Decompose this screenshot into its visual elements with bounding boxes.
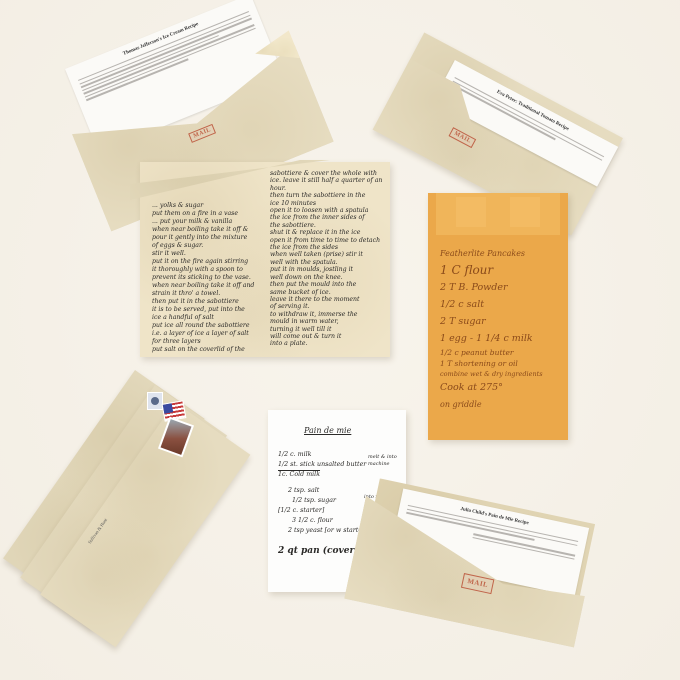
- kraft-envelope: Featherlite Pancakes 1 C flour 2 T B. Po…: [428, 193, 568, 440]
- card-title: Pain de mie: [304, 426, 351, 435]
- handwritten-letter: ... yolks & sugar put them on a fire in …: [140, 162, 390, 357]
- pancake-recipe: Featherlite Pancakes 1 C flour 2 T B. Po…: [440, 245, 565, 413]
- kraft-flap: [436, 193, 560, 235]
- envelope-bottom-right: Julia Child's Pain de Mie Recipe MAIL: [343, 467, 607, 654]
- eagle-stamp-icon: [147, 392, 163, 410]
- letter-left-column: ... yolks & sugar put them on a fire in …: [152, 202, 267, 354]
- return-address: Sullivan & Hunt: [87, 517, 108, 544]
- letter-right-column: sabottiere & cover the whole with ice. l…: [270, 170, 385, 348]
- pain-de-mie-ingredients: 1/2 c. milk 1/2 st. stick unsalted butte…: [278, 450, 368, 556]
- photo-scene: Thomas Jefferson's Ice Cream Recipe MAIL…: [0, 0, 680, 680]
- stamped-envelope-stack: Sullivan & Hunt: [45, 380, 275, 610]
